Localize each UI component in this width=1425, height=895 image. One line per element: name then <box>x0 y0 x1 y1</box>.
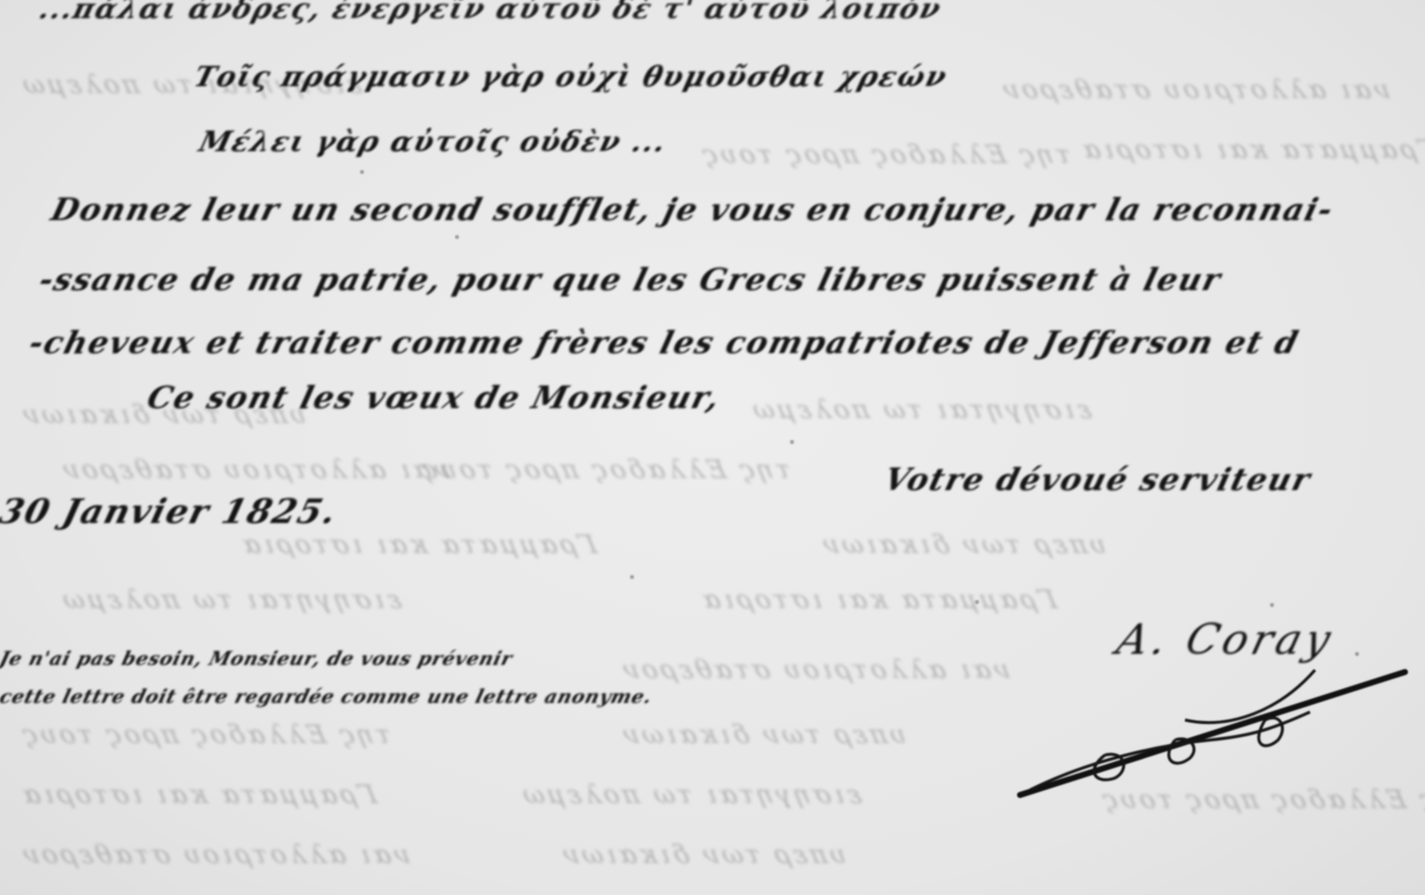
closing-line: Votre dévoué serviteur <box>881 462 1315 498</box>
body-line-1: Donnez leur un second soufflet, je vous … <box>48 192 1338 228</box>
bleed-through-line: υπερ των δικαιων <box>557 840 849 870</box>
bleed-through-line: Γραμματα και ιστορια <box>237 530 600 560</box>
letter-page: εισηγηται τω πολεμω ναι αλλοτριου σταθερ… <box>0 0 1425 895</box>
bleed-through-line: ναι αλλοτριου σταθερον <box>57 455 453 485</box>
ink-speck <box>455 235 459 239</box>
bleed-through-line: της Ελλαδος προς τους <box>17 720 394 750</box>
postscript-line-2: cette lettre doit être regardée comme un… <box>0 686 654 708</box>
bleed-through-line: της Ελλαδος προς τους <box>697 140 1074 170</box>
body-line-3: -cheveux et traiter comme frères les com… <box>26 325 1303 361</box>
bleed-through-line: ναι αλλοτριου σταθερον <box>997 75 1393 105</box>
bleed-through-line: ναι αλλοτριου σταθερον <box>617 655 1013 685</box>
greek-quote-2: Μέλει γὰρ αὐτοῖς οὐδὲν ... <box>196 125 671 158</box>
bleed-through-line: εισηγηται τω πολεμω <box>517 780 864 810</box>
greek-quote-1: Τοῖς πράγμασιν γὰρ οὐχὶ θυμοῦσθαι χρεών <box>191 60 951 93</box>
bleed-through-line: υπερ των δικαιων <box>617 720 909 750</box>
body-line-4: Ce sont les vœux de Monsieur, <box>144 380 725 416</box>
bleed-through-line: εισηγηται τω πολεμω <box>747 395 1094 425</box>
ink-speck <box>630 575 634 579</box>
letter-date: 30 Janvier 1825. <box>0 492 342 532</box>
bleed-through-line: ναι αλλοτριου σταθερον <box>17 840 413 870</box>
body-line-2: -ssance de ma patrie, pour que les Grecs… <box>36 262 1226 298</box>
bleed-through-line: Γραμματα και ιστορια <box>697 585 1060 615</box>
bleed-through-line: εισηγηται τω πολεμω <box>57 585 404 615</box>
bleed-through-line: Γραμματα και ιστορια <box>17 780 380 810</box>
bleed-through-line: της Ελλαδος προς τους <box>417 455 794 485</box>
ink-speck <box>1270 603 1274 607</box>
top-fragment-line: ...πάλαι ἀνδρες, ἐνεργεῖν αὐτοῦ δὲ τ' αὐ… <box>36 0 946 25</box>
ink-speck <box>1355 652 1359 656</box>
ink-speck <box>975 600 979 604</box>
bleed-through-line: Γραμματα και ιστορια <box>1077 135 1425 165</box>
ink-speck <box>790 440 794 444</box>
postscript-line-1: Je n'ai pas besoin, Monsieur, de vous pr… <box>0 648 515 670</box>
ink-speck <box>360 170 364 174</box>
bleed-through-line: υπερ των δικαιων <box>817 530 1109 560</box>
signature-flourish <box>1010 650 1420 820</box>
